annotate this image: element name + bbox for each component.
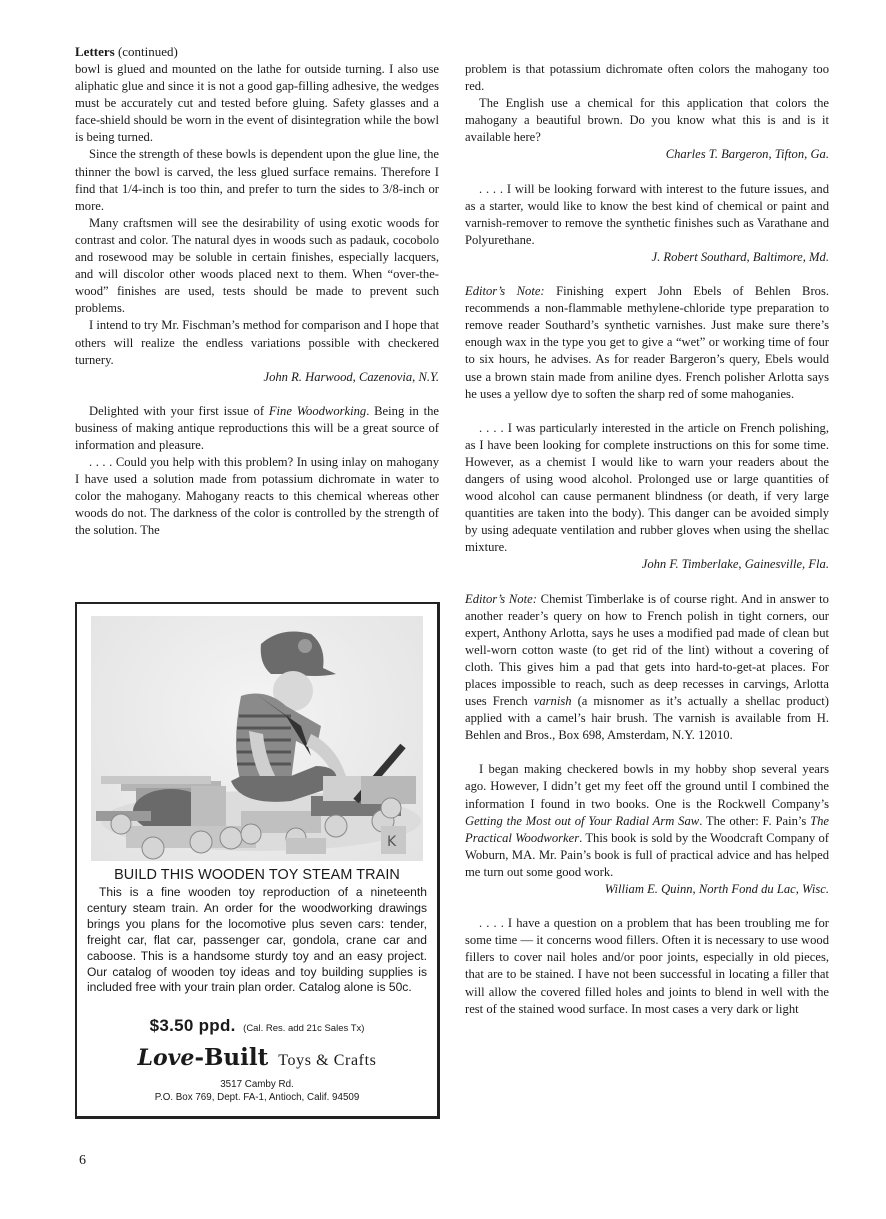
letter-signature: John R. Harwood, Cazenovia, N.Y. [75, 369, 439, 386]
running-header: Letters (continued) [75, 44, 178, 60]
ad-headline: BUILD THIS WOODEN TOY STEAM TRAIN [77, 867, 437, 883]
paragraph: . . . . Could you help with this problem… [75, 454, 439, 539]
text: . The other: F. Pain’s [699, 814, 810, 828]
address-line: 3517 Camby Rd. [77, 1078, 437, 1091]
paragraph: I began making checkered bowls in my hob… [465, 761, 829, 881]
text: I began making checkered bowls in my hob… [465, 762, 829, 810]
text: Chemist Timberlake is of course right. A… [465, 592, 829, 709]
paragraph: . . . . I was particularly interested in… [465, 420, 829, 557]
paragraph: Delighted with your first issue of Fine … [75, 403, 439, 454]
ad-price-note: (Cal. Res. add 21c Sales Tx) [243, 1023, 364, 1034]
ad-price-line: $3.50 ppd. (Cal. Res. add 21c Sales Tx) [77, 1016, 437, 1036]
ad-photo: K [91, 616, 423, 861]
brand-script: Love [138, 1045, 195, 1071]
ad-description: This is a fine wooden toy reproduction o… [87, 885, 427, 996]
letter-signature: Charles T. Bargeron, Tifton, Ga. [465, 146, 829, 163]
svg-text:K: K [387, 834, 397, 850]
editors-note: Editor’s Note: Chemist Timberlake is of … [465, 591, 829, 745]
continued-label: (continued) [118, 44, 178, 59]
brand-logo: Love-BuiltToys & Crafts [77, 1044, 437, 1071]
toy-train-photo-icon: K [91, 616, 423, 861]
paragraph: bowl is glued and mounted on the lathe f… [75, 61, 439, 146]
paragraph: . . . . I have a question on a problem t… [465, 915, 829, 1018]
paragraph: Many craftsmen will see the desirability… [75, 215, 439, 318]
left-column: bowl is glued and mounted on the lathe f… [75, 61, 439, 540]
paragraph: . . . . I will be looking forward with i… [465, 181, 829, 249]
section-title: Letters [75, 44, 115, 59]
right-column: problem is that potassium dichromate oft… [465, 61, 829, 1018]
advertisement: K BUILD THIS WOODEN TOY STEAM TRAIN This… [75, 602, 440, 1119]
italic-term: varnish [534, 694, 572, 708]
ad-body: This is a fine wooden toy reproduction o… [87, 885, 427, 996]
paragraph: I intend to try Mr. Fischman’s method fo… [75, 317, 439, 368]
letter-signature: John F. Timberlake, Gainesville, Fla. [465, 556, 829, 573]
ad-address: 3517 Camby Rd. P.O. Box 769, Dept. FA-1,… [77, 1078, 437, 1104]
letter-signature: William E. Quinn, North Fond du Lac, Wis… [465, 881, 829, 898]
letter-signature: J. Robert Southard, Baltimore, Md. [465, 249, 829, 266]
book-title: Getting the Most out of Your Radial Arm … [465, 814, 699, 828]
address-line: P.O. Box 769, Dept. FA-1, Antioch, Calif… [77, 1091, 437, 1104]
ad-price: $3.50 ppd. [150, 1016, 236, 1035]
paragraph: Since the strength of these bowls is dep… [75, 146, 439, 214]
text: Finishing expert John Ebels of Behlen Br… [465, 284, 829, 401]
text: Delighted with your first issue of [89, 404, 269, 418]
page-number: 6 [79, 1153, 86, 1169]
editors-note-label: Editor’s Note: [465, 284, 545, 298]
editors-note: Editor’s Note: Finishing expert John Ebe… [465, 283, 829, 403]
brand-bold: -Built [194, 1044, 268, 1071]
magazine-title: Fine Woodworking [269, 404, 366, 418]
editors-note-label: Editor’s Note: [465, 592, 537, 606]
paragraph: problem is that potassium dichromate oft… [465, 61, 829, 95]
brand-subtitle: Toys & Crafts [278, 1052, 376, 1069]
paragraph: The English use a chemical for this appl… [465, 95, 829, 146]
